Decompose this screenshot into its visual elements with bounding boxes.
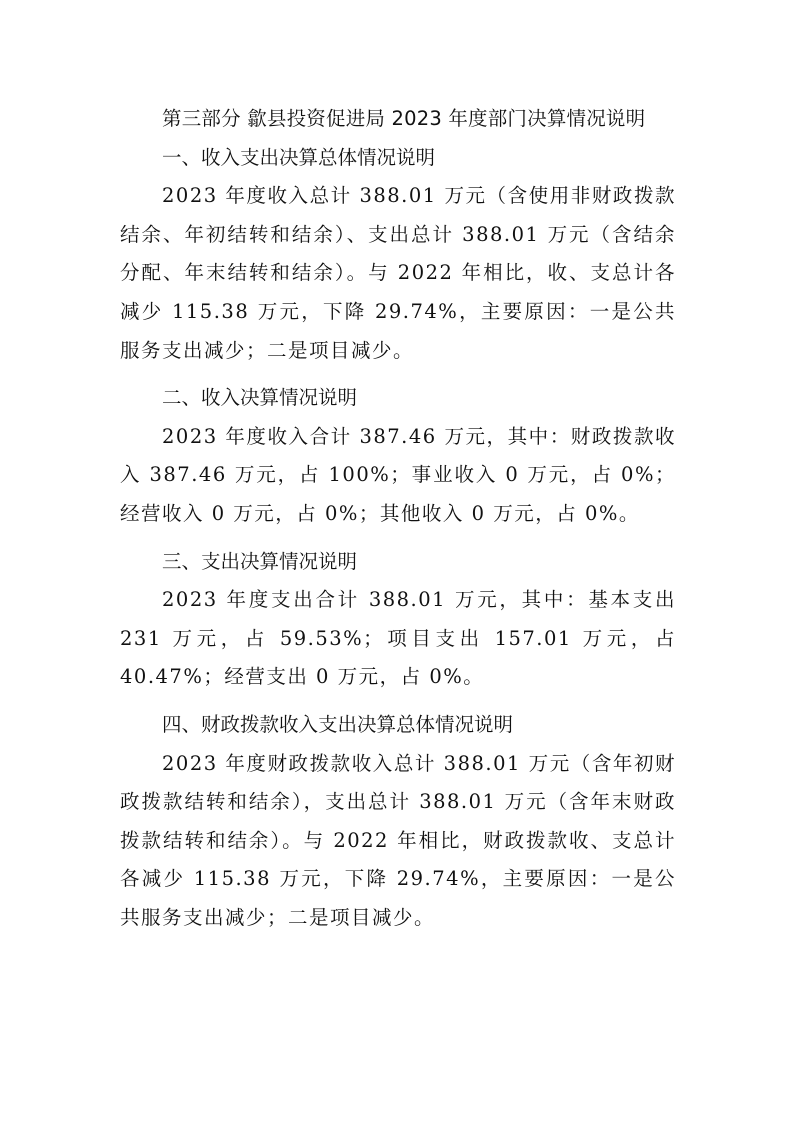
section-income: 二、收入决算情况说明 2023 年度收入合计 387.46 万元，其中：财政拨款… bbox=[120, 379, 676, 533]
section-paragraph: 2023 年度支出合计 388.01 万元，其中：基本支出 231 万元，占 5… bbox=[120, 581, 676, 697]
section-fiscal-appropriation-overview: 四、财政拨款收入支出决算总体情况说明 2023 年度财政拨款收入总计 388.0… bbox=[120, 706, 676, 938]
document-title: 第三部分 歙县投资促进局 2023 年度部门决算情况说明 bbox=[120, 100, 676, 139]
document-page: 第三部分 歙县投资促进局 2023 年度部门决算情况说明 一、收入支出决算总体情… bbox=[120, 100, 676, 940]
section-heading: 二、收入决算情况说明 bbox=[120, 379, 676, 418]
section-heading: 三、支出决算情况说明 bbox=[120, 543, 676, 582]
section-paragraph: 2023 年度财政拨款收入总计 388.01 万元（含年初财政拨款结转和结余），… bbox=[120, 745, 676, 938]
section-heading: 一、收入支出决算总体情况说明 bbox=[120, 139, 676, 178]
section-expenditure: 三、支出决算情况说明 2023 年度支出合计 388.01 万元，其中：基本支出… bbox=[120, 543, 676, 697]
section-heading: 四、财政拨款收入支出决算总体情况说明 bbox=[120, 706, 676, 745]
section-paragraph: 2023 年度收入总计 388.01 万元（含使用非财政拨款结余、年初结转和结余… bbox=[120, 177, 676, 370]
section-income-expenditure-overview: 一、收入支出决算总体情况说明 2023 年度收入总计 388.01 万元（含使用… bbox=[120, 139, 676, 371]
section-paragraph: 2023 年度收入合计 387.46 万元，其中：财政拨款收入 387.46 万… bbox=[120, 418, 676, 534]
